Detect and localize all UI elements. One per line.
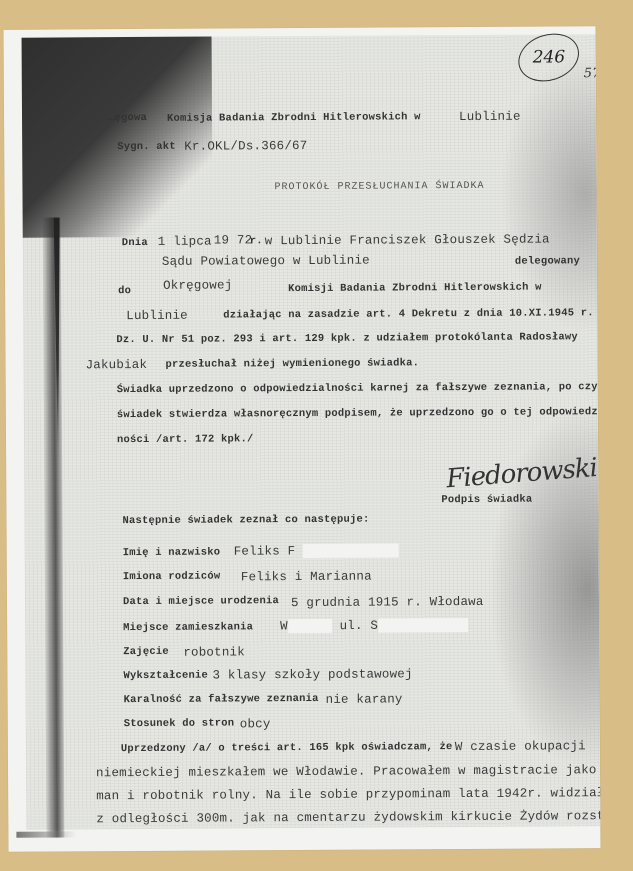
header-city: Lublinie: [459, 110, 521, 124]
date-year-suffix: r.: [250, 235, 263, 247]
intro-judge: w Lublinie Franciszek Głouszek Sędzia: [265, 232, 550, 248]
clerk-last-name: Jakubiak: [86, 358, 148, 372]
field-label: Zajęcie: [123, 646, 169, 658]
field-occupation: Zajęcie robotnik: [3, 26, 595, 30]
intro-city: Lublinie: [126, 309, 188, 323]
statement: Uprzedzony /a/ o treści art. 165 kpk ośw…: [3, 26, 595, 30]
document-title: PROTOKÓŁ PRZESŁUCHANIA ŚWIADKA: [274, 181, 484, 193]
field-education: Wykształcenie 3 klasy szkoły podstawowej: [3, 26, 595, 30]
header-commission: Komisja Badania Zbrodni Hitlerowskich w: [167, 111, 421, 125]
heard-witness: przesłuchał niżej wymienionego świadka.: [166, 357, 420, 371]
field-parents: Imiona rodziców Feliks i Marianna: [3, 26, 595, 30]
signature-caption: Podpis świadka: [441, 494, 532, 507]
field-value-text: Feliks F: [234, 544, 296, 558]
field-label: Wykształcenie: [123, 670, 208, 683]
redaction-block: [378, 618, 468, 633]
field-value: obcy: [240, 717, 271, 731]
statement-line-1: W czasie okupacji: [455, 739, 586, 754]
header-prefix: …ęgowa: [108, 112, 147, 124]
to-value: Okręgowej: [163, 278, 232, 292]
field-label: Stosunek do stron: [124, 717, 235, 730]
legal-basis-2: Dz. U. Nr 51 poz. 293 i art. 129 kpk. z …: [116, 332, 513, 346]
field-value: Feliks i Marianna: [241, 570, 372, 585]
redaction-block: [303, 543, 399, 558]
witness-fields: Imię i nazwisko Feliks F Imiona rodziców…: [3, 26, 595, 30]
field-value-text: W: [280, 619, 288, 633]
field-label: Miejsce zamieszkania: [123, 621, 253, 634]
field-label: Karalność za fałszywe zeznania: [124, 693, 319, 706]
field-label: Data i miejsce urodzenia: [123, 595, 279, 608]
scanned-page: 246 57 …ęgowa Komisja Badania Zbrodni Hi…: [3, 26, 600, 852]
intro-commission: Komisji Badania Zbrodni Hitlerowskich w: [288, 282, 542, 296]
statement-lead: Uprzedzony /a/ o treści art. 165 kpk ośw…: [121, 741, 453, 755]
warning-line-3: ności /art. 172 kpk./: [117, 433, 254, 446]
page-mark: 57: [584, 66, 601, 81]
scan-shadow-corner: [22, 37, 213, 238]
field-value: robotnik: [183, 645, 245, 659]
field-residence: Miejsce zamieszkania W ul. S: [3, 26, 595, 30]
field-name: Imię i nazwisko Feliks F: [3, 26, 595, 30]
field-value: 5 grudnia 1915 r. Włodawa: [291, 595, 484, 610]
intro-delegated: delegowany: [515, 255, 580, 267]
scan-surface: [22, 34, 601, 829]
field-value: nie karany: [326, 692, 403, 706]
to-label: do: [118, 285, 131, 297]
clerk-first-name: Radosławy: [519, 331, 578, 343]
date-label: Dnia: [122, 237, 148, 249]
field-relation: Stosunek do stron obcy: [3, 26, 595, 30]
field-value: Feliks F: [234, 543, 399, 558]
case-number: Kr.OKL/Ds.366/67: [184, 139, 307, 154]
intro-court: Sądu Powiatowego w Lublinie: [162, 254, 370, 269]
redaction-block: [288, 619, 332, 633]
stamp-number: 246: [532, 47, 565, 67]
field-label: Imię i nazwisko: [123, 547, 221, 560]
field-label: Imiona rodziców: [123, 571, 221, 584]
field-value-street: ul. S: [340, 619, 379, 633]
field-value: 3 klasy szkoły podstawowej: [212, 667, 412, 682]
field-birth: Data i miejsce urodzenia 5 grudnia 1915 …: [3, 26, 595, 30]
testimony-intro: Następnie świadek zeznał co następuje:: [122, 514, 369, 528]
statement-line-4: z odległości 300m. jak na cmentarzu żydo…: [96, 809, 600, 826]
scan-smudge: [16, 831, 76, 837]
field-value: W ul. S: [280, 618, 468, 633]
scan-shadow-edge: [43, 217, 65, 837]
legal-basis: działając na zasadzie art. 4 Dekretu z d…: [223, 307, 594, 321]
field-criminal-record: Karalność za fałszywe zeznania nie karan…: [3, 26, 595, 30]
date-day-month: 1 lipca: [158, 235, 212, 249]
date-year: 19 72: [214, 233, 253, 247]
case-label: Sygn. akt: [117, 141, 176, 153]
